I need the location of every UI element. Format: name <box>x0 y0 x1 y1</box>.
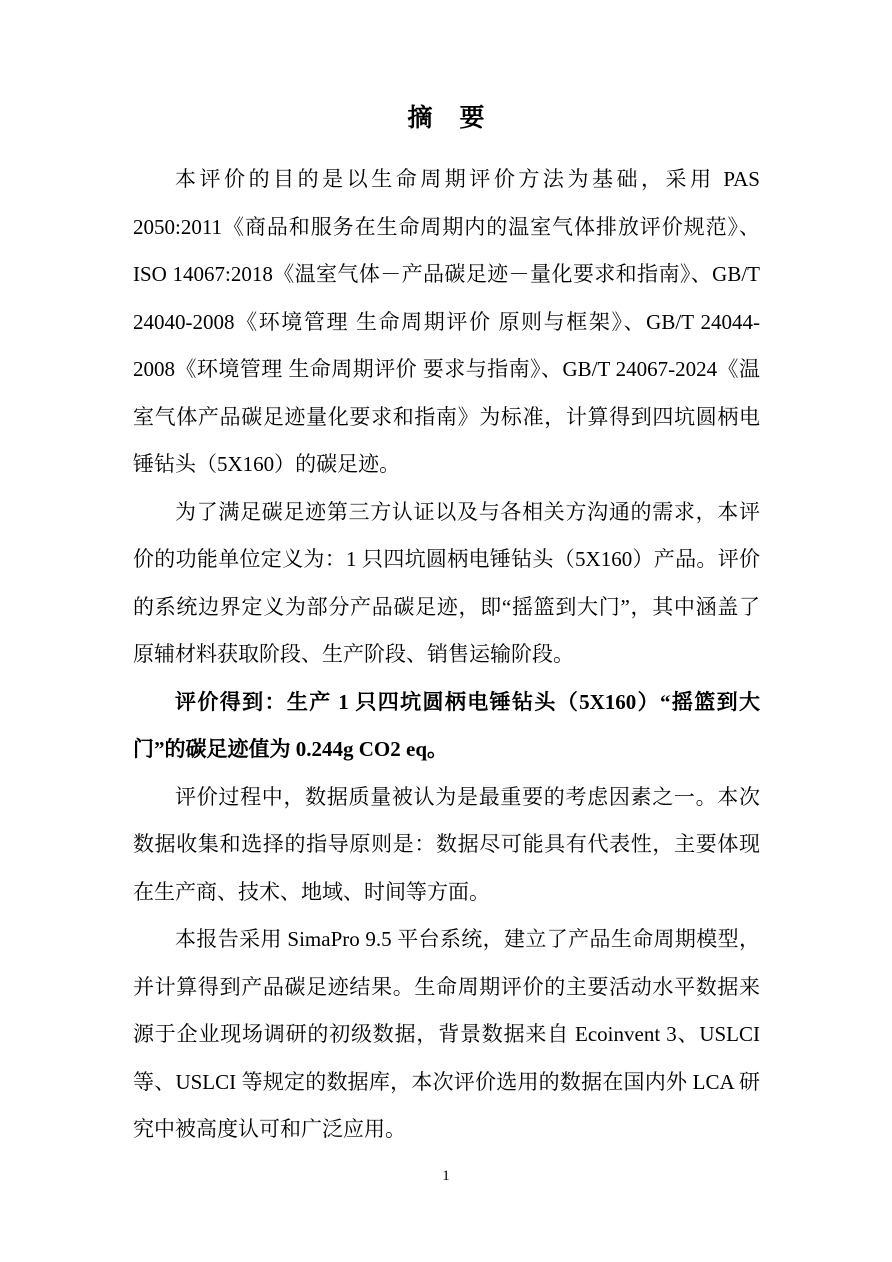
document-page: 摘 要 本评价的目的是以生命周期评价方法为基础，采用 PAS 2050:2011… <box>0 0 892 1262</box>
paragraph-functional-unit: 为了满足碳足迹第三方认证以及与各相关方沟通的需求，本评价的功能单位定义为：1 只… <box>133 489 760 679</box>
paragraph-key-result: 评价得到：生产 1 只四坑圆柄电锤钻头（5X160）“摇篮到大门”的碳足迹值为 … <box>133 679 760 774</box>
page-title: 摘 要 <box>133 95 760 142</box>
paragraph-simapro: 本报告采用 SimaPro 9.5 平台系统，建立了产品生命周期模型，并计算得到… <box>133 916 760 1154</box>
page-number: 1 <box>0 1168 892 1185</box>
paragraph-data-quality: 评价过程中，数据质量被认为是最重要的考虑因素之一。本次数据收集和选择的指导原则是… <box>133 774 760 917</box>
paragraph-standards: 本评价的目的是以生命周期评价方法为基础，采用 PAS 2050:2011《商品和… <box>133 156 760 489</box>
